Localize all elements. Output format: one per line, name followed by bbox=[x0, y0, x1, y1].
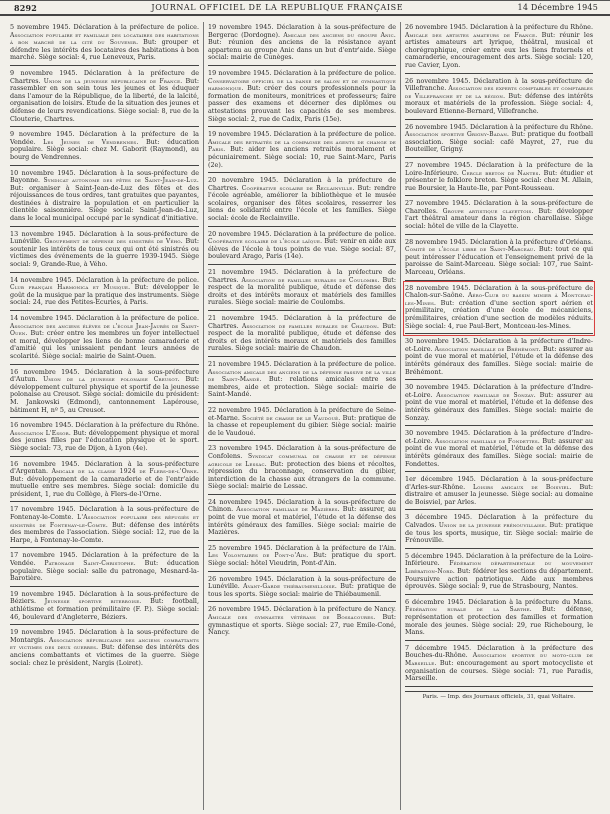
declaration-entry: 16 novembre 1945. Déclaration à la préfe… bbox=[10, 420, 199, 456]
declaration-entry: 19 novembre 1945. Déclaration à la préfe… bbox=[208, 68, 396, 127]
declaration-entry: 5 décembre 1945. Déclaration à la préfec… bbox=[405, 551, 593, 595]
declaration-entry: 16 novembre 1945. Déclaration à la sous-… bbox=[10, 367, 199, 419]
declaration-entry: 19 novembre 1945. Déclaration à la sous-… bbox=[10, 627, 199, 670]
columns: 5 novembre 1945. Déclaration à la préfec… bbox=[6, 22, 606, 810]
entry-date: 19 novembre 1945. bbox=[208, 130, 271, 138]
entry-date: 19 novembre 1945. bbox=[208, 69, 271, 77]
declaration-entry: 14 novembre 1945. Déclaration à la préfe… bbox=[10, 313, 199, 365]
declaration-entry: 30 novembre 1945. Déclaration à la préfe… bbox=[405, 336, 593, 380]
declaration-entry: 9 novembre 1945. Déclaration à la préfec… bbox=[10, 68, 199, 127]
entry-date: 25 novembre 1945. bbox=[208, 544, 273, 552]
declaration-entry: 21 novembre 1945. Déclaration à la préfe… bbox=[208, 359, 396, 403]
highlighted-declaration-entry: 28 novembre 1945. Déclaration à la sous-… bbox=[405, 283, 593, 335]
entry-authority: Déclaration à la préfecture de police. bbox=[271, 69, 396, 77]
entry-purpose: But: rassembler en son sein tous les jeu… bbox=[10, 77, 199, 123]
journal-page: 8292 JOURNAL OFFICIEL DE LA REPUBLIQUE F… bbox=[0, 0, 610, 814]
entry-purpose: But: organiser à Saint-Jean-de-Luz des f… bbox=[10, 184, 199, 222]
declaration-entry: 30 novembre 1945. Déclaration à la préfe… bbox=[405, 428, 593, 472]
declaration-entry: 17 novembre 1945. Déclaration à la sous-… bbox=[10, 504, 199, 548]
entry-date: 21 novembre 1945. bbox=[208, 360, 271, 368]
declaration-entry: 13 novembre 1945. Déclaration à la sous-… bbox=[10, 229, 199, 273]
entry-authority: Déclaration à la préfecture de police. bbox=[74, 314, 199, 322]
column-1: 5 novembre 1945. Déclaration à la préfec… bbox=[6, 22, 203, 810]
declaration-entry: 20 novembre 1945. Déclaration à la préfe… bbox=[208, 175, 396, 227]
journal-title: JOURNAL OFFICIEL DE LA REPUBLIQUE FRANÇA… bbox=[37, 3, 517, 12]
entry-purpose: But: développement de la camaraderie et … bbox=[10, 475, 199, 498]
entry-date: 26 novembre 1945. bbox=[208, 605, 271, 613]
entry-purpose: But: réunion des anciens de la résistanc… bbox=[208, 38, 396, 61]
declaration-entry: 27 novembre 1945. Déclaration à la sous-… bbox=[405, 198, 593, 234]
entry-date: 28 novembre 1945. bbox=[405, 238, 468, 246]
column-3: 26 novembre 1945. Déclaration à la préfe… bbox=[400, 22, 597, 810]
entry-date: 20 novembre 1945. bbox=[208, 230, 271, 238]
entry-authority: Déclaration à la préfecture de police. bbox=[271, 130, 396, 138]
declaration-entry: 16 novembre 1945. Déclaration à la sous-… bbox=[10, 459, 199, 503]
declaration-entry: 26 novembre 1945. Déclaration à la préfe… bbox=[405, 22, 593, 74]
declaration-entry: 1er décembre 1945. Déclaration à la sous… bbox=[405, 474, 593, 510]
declaration-entry: 3 décembre 1945. Déclaration à la préfec… bbox=[405, 512, 593, 548]
entry-date: 26 novembre 1945. bbox=[405, 123, 468, 131]
entry-purpose: But: aider les anciens retraités moralem… bbox=[208, 145, 396, 168]
entry-purpose: But: créer entre les membres un foyer in… bbox=[10, 329, 199, 360]
declaration-entry: 9 novembre 1945. Déclaration à la préfec… bbox=[10, 129, 199, 165]
declaration-entry: 6 décembre 1945. Déclaration à la préfec… bbox=[405, 597, 593, 641]
entry-authority: Déclaration à la préfecture de police. bbox=[271, 360, 396, 368]
declaration-entry: 27 novembre 1945. Déclaration à la préfe… bbox=[405, 160, 593, 196]
declaration-entry: 20 novembre 1945. Déclaration à la préfe… bbox=[208, 229, 396, 265]
declaration-entry: 19 novembre 1945. Déclaration à la préfe… bbox=[208, 129, 396, 173]
declaration-entry: 7 décembre 1945. Déclaration à la préfec… bbox=[405, 643, 593, 687]
declaration-entry: 26 novembre 1945. Déclaration à la sous-… bbox=[405, 76, 593, 120]
column-2: 19 novembre 1945. Déclaration à la sous-… bbox=[203, 22, 400, 810]
entry-date: 5 novembre 1945. bbox=[10, 23, 71, 31]
declaration-entry: 23 novembre 1945. Déclaration à la sous-… bbox=[208, 443, 396, 495]
declaration-entry: 21 novembre 1945. Déclaration à la préfe… bbox=[208, 267, 396, 311]
declaration-entry: 10 novembre 1945. Déclaration à la sous-… bbox=[10, 168, 199, 227]
declaration-entry: 14 novembre 1945. Déclaration à la préfe… bbox=[10, 275, 199, 311]
declaration-entry: 24 novembre 1945. Déclaration à la sous-… bbox=[208, 497, 396, 541]
declaration-entry: 26 novembre 1945. Déclaration à la préfe… bbox=[208, 604, 396, 639]
declaration-entry: 22 novembre 1945. Déclaration à la préfe… bbox=[208, 405, 396, 441]
declaration-entry: 5 novembre 1945. Déclaration à la préfec… bbox=[10, 22, 199, 66]
declaration-entry: 26 novembre 1945. Déclaration à la préfe… bbox=[405, 122, 593, 158]
page-header: 8292 JOURNAL OFFICIEL DE LA REPUBLIQUE F… bbox=[0, 0, 610, 16]
entry-date: 14 novembre 1945. bbox=[10, 314, 74, 322]
page-number: 8292 bbox=[14, 3, 37, 13]
entry-authority: Déclaration à la préfecture de police. bbox=[71, 23, 199, 31]
declaration-entry: 25 novembre 1945. Déclaration à la préfe… bbox=[208, 543, 396, 572]
entry-date: 14 novembre 1945. bbox=[10, 276, 74, 284]
entry-date: 16 novembre 1945. bbox=[10, 421, 73, 429]
entry-date: 26 novembre 1945. bbox=[405, 23, 468, 31]
declaration-entry: 19 novembre 1945. Déclaration à la sous-… bbox=[208, 22, 396, 66]
declaration-entry: 28 novembre 1945. Déclaration à la préfe… bbox=[405, 237, 593, 281]
declaration-entry: 26 novembre 1945. Déclaration à la sous-… bbox=[208, 574, 396, 603]
declaration-entry: 17 novembre 1945. Déclaration à la préfe… bbox=[10, 550, 199, 586]
entry-date: 6 décembre 1945. bbox=[405, 598, 466, 606]
declaration-entry: 21 novembre 1945. Déclaration à la préfe… bbox=[208, 313, 396, 357]
printer-footer: Paris. — Imp. des Journaux officiels, 31… bbox=[405, 691, 593, 700]
issue-date: 14 Décembre 1945 bbox=[518, 3, 598, 12]
declaration-entry: 19 novembre 1945. Déclaration à la sous-… bbox=[10, 589, 199, 625]
declaration-entry: 30 novembre 1945. Déclaration à la préfe… bbox=[405, 382, 593, 426]
